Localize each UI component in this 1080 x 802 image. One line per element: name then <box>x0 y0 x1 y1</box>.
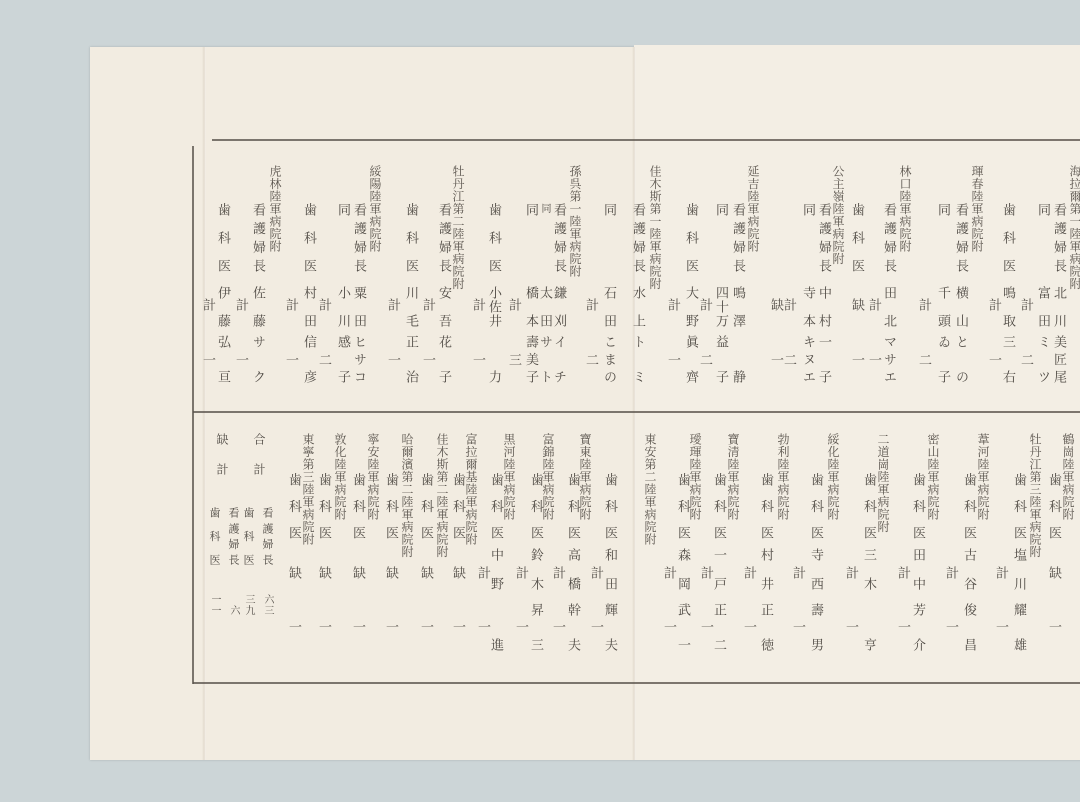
count-value: 一 <box>661 620 675 633</box>
surname: 水上 <box>630 286 644 327</box>
vacancy-value: 一 <box>316 620 330 633</box>
nurse-entry: 看護婦長 安吾 花子 <box>436 0 450 802</box>
count-label: 計 <box>790 566 804 579</box>
role-label: 歯科医 <box>675 473 689 539</box>
table-left-rule <box>192 146 194 684</box>
dentist-entry: 歯科医 一戸 正二 <box>711 0 725 802</box>
count-value: 一 <box>588 620 602 633</box>
dentist-count: 計 一 <box>661 0 675 802</box>
dentist-count: 計 一 <box>843 0 857 802</box>
dentist-entry: 歯科医 寺西 壽男 <box>808 0 822 802</box>
surname: 森岡 <box>675 548 689 590</box>
given-name: 花子 <box>436 335 450 383</box>
surname: 村井 <box>758 548 772 590</box>
count-label: 計 <box>513 566 527 579</box>
count-label: 計 <box>588 566 602 579</box>
dentist-entry: 歯科医 村井 正徳 <box>758 0 772 802</box>
given-name: 正治 <box>403 335 417 383</box>
hospital-title: 佳木斯第一陸軍病院附 <box>648 165 662 290</box>
role-label: 看護婦長 <box>630 203 644 272</box>
dentist-vacancy: 歯科医 缺 一 <box>383 0 397 802</box>
hospital-title: 富拉爾基陸軍病院附 <box>464 433 478 546</box>
count-value: 一 <box>698 620 712 633</box>
hospital-title: 牡丹江第三陸軍病院附 <box>1028 433 1042 558</box>
vacancy-total-dentist: 歯科医 一一 <box>208 0 220 802</box>
given-name: 信彦 <box>301 335 315 383</box>
vacancy-label: 缺 <box>418 566 432 579</box>
role-label: 歯科医 <box>403 203 417 272</box>
given-name: 俊昌 <box>961 603 975 651</box>
hospital-title: 佳木斯第二陸軍病院附 <box>435 433 449 558</box>
surname: 小川 <box>335 286 349 327</box>
count-value: 一 <box>843 620 857 633</box>
hospital-title: 東安第二陸軍病院附 <box>643 433 657 546</box>
count-value: 一 <box>895 620 909 633</box>
vacancy-label: 缺 <box>450 566 464 579</box>
dentist-entry: 歯科医 三木 亨 <box>861 0 875 802</box>
role-label: 歯科医 <box>602 473 616 539</box>
role-label: 歯科医 <box>528 473 542 539</box>
nurse-entry: 看護婦長 水上 トミ <box>630 0 644 802</box>
count-label: 計 <box>895 566 909 579</box>
hospital-title: 鶴崗陸軍病院附 <box>1061 433 1075 521</box>
given-name: 感子 <box>335 335 349 383</box>
role-label: 歯科医 <box>301 203 315 272</box>
hospital-title: 璦琿陸軍病院附 <box>688 433 702 521</box>
dentist-entry: 歯科医 森岡 武一 <box>675 0 689 802</box>
count-value: 一 <box>550 620 564 633</box>
vacancy-label: 缺 <box>316 566 330 579</box>
given-name: 正徳 <box>758 603 772 651</box>
role-label: 歯科医 <box>316 473 330 539</box>
given-name: 芳介 <box>910 603 924 651</box>
count-label: 計 <box>698 566 712 579</box>
dentist-entry: 歯科医 和田 輝夫 <box>602 0 616 802</box>
role-label: 歯科医 <box>350 473 364 539</box>
given-name: 壽男 <box>808 603 822 651</box>
hospital-title: 綏化陸軍病院附 <box>826 433 840 521</box>
role-label: 歯科医 <box>808 473 822 539</box>
role-label: 歯科医 <box>1011 473 1025 539</box>
role-label: 歯科医 <box>450 473 464 539</box>
vacancy-label: 缺 <box>286 566 300 579</box>
hospital-title: 寶清陸軍病院附 <box>726 433 740 521</box>
surname: 田中 <box>910 548 924 590</box>
vacancy-value: 一 <box>1046 620 1060 633</box>
dentist-count: 計 一 <box>588 0 602 802</box>
role-label: 歯科医 <box>961 473 975 539</box>
surname: 安吾 <box>436 286 450 327</box>
role-label: 歯科医 <box>711 473 725 539</box>
role-label: 歯科医 <box>242 507 254 565</box>
dentist-count: 計 一 <box>895 0 909 802</box>
given-name: 幹夫 <box>565 603 579 651</box>
dentist-count: 計 一 <box>698 0 712 802</box>
role-label: 歯科医 <box>208 507 220 565</box>
surname: 高橋 <box>565 548 579 590</box>
dentist-entry: 歯科医 高橋 幹夫 <box>565 0 579 802</box>
dentist-entry: 歯科医 塩川 耀雄 <box>1011 0 1025 802</box>
hospital-title: 海拉爾第一陸軍病院附 <box>1068 165 1080 290</box>
nurse-entry: 同 小川 感子 <box>335 0 349 802</box>
hospital-title: 密山陸軍病院附 <box>926 433 940 521</box>
role-label: 看護婦長 <box>436 203 450 272</box>
role-label: 看護婦長 <box>261 507 273 565</box>
given-name: 正二 <box>711 603 725 651</box>
count-value: 一 <box>790 620 804 633</box>
vacancy-value: 一 <box>286 620 300 633</box>
count-value: 一 <box>741 620 755 633</box>
hospital-title: 二道崗陸軍病院附 <box>876 433 890 533</box>
grand-total-nurse: 看護婦長 六三 <box>261 0 273 802</box>
role-label: 歯科医 <box>758 473 772 539</box>
given-name: 亨 <box>861 603 875 651</box>
count-value: 一 <box>993 620 1007 633</box>
surname: 古谷 <box>961 548 975 590</box>
dentist-count: 計 一 <box>550 0 564 802</box>
dentist-count: 計 一 <box>790 0 804 802</box>
hospital-title: 勃利陸軍病院附 <box>776 433 790 521</box>
surname: 鈴木 <box>528 548 542 590</box>
role-label: 歯科医 <box>418 473 432 539</box>
count-value: 一 <box>513 620 527 633</box>
count-label: 計 <box>943 566 957 579</box>
total-value: 六三 <box>261 594 273 616</box>
hospital-title: 寧安陸軍病院附 <box>366 433 380 521</box>
given-name: 輝夫 <box>602 603 616 651</box>
surname: 三木 <box>861 548 875 590</box>
vacancy-value: 一 <box>450 620 464 633</box>
count-label: 計 <box>550 566 564 579</box>
role-label: 歯科医 <box>383 473 397 539</box>
count-label: 計 <box>843 566 857 579</box>
dentist-count: 計 一 <box>943 0 957 802</box>
vacancy-total-nurse: 看護婦長 六 <box>227 0 239 802</box>
role-label: 同 <box>335 203 349 216</box>
vacancy-value: 一 <box>418 620 432 633</box>
vacancy-label: 缺 <box>383 566 397 579</box>
dentist-vacancy: 歯科医 缺 一 <box>450 0 464 802</box>
dentist-entry: 歯科医 古谷 俊昌 <box>961 0 975 802</box>
dentist-entry: 歯科医 村田 信彦 <box>301 0 315 802</box>
hospital-title: 葦河陸軍病院附 <box>976 433 990 521</box>
given-name: トミ <box>630 335 644 383</box>
given-name: 昇三 <box>528 603 542 651</box>
role-label: 歯科医 <box>286 473 300 539</box>
given-name: 武一 <box>675 603 689 651</box>
vacancy-label: 缺 <box>350 566 364 579</box>
dentist-vacancy: 歯科医 缺 一 <box>418 0 432 802</box>
surname: 川毛 <box>403 286 417 327</box>
count-label: 計 <box>661 566 675 579</box>
given-name: 進 <box>488 603 502 651</box>
vacancy-value: 一 <box>350 620 364 633</box>
role-label: 看護婦長 <box>881 203 895 272</box>
total-value: 六 <box>227 605 239 615</box>
dentist-entry: 歯科医 田中 芳介 <box>910 0 924 802</box>
grand-total-dentist: 歯科医 三九 <box>242 0 254 802</box>
surname: 和田 <box>602 548 616 590</box>
dentist-count: 計 一 <box>475 0 489 802</box>
dentist-vacancy: 歯科医 缺 一 <box>350 0 364 802</box>
hospital-title: 敦化陸軍病院附 <box>333 433 347 521</box>
hospital-title: 黒河陸軍病院附 <box>502 433 516 521</box>
role-label: 看護婦長 <box>227 507 239 565</box>
total-value: 三九 <box>242 594 254 616</box>
surname: 寺西 <box>808 548 822 590</box>
role-label: 歯科医 <box>910 473 924 539</box>
dentist-count: 計 一 <box>741 0 755 802</box>
dentist-count: 計 一 <box>993 0 1007 802</box>
given-name: マサエ <box>881 335 895 383</box>
dentist-count: 計 一 <box>513 0 527 802</box>
count-value: 一 <box>475 620 489 633</box>
surname: 一戸 <box>711 548 725 590</box>
count-label: 計 <box>475 566 489 579</box>
dentist-vacancy: 歯科医 缺 一 <box>1046 0 1060 802</box>
dentist-vacancy: 歯科医 缺 一 <box>286 0 300 802</box>
hospital-title: 哈爾濱第二陸軍病院附 <box>400 433 414 558</box>
dentist-entry: 歯科医 中野 進 <box>488 0 502 802</box>
surname: 田北 <box>881 286 895 327</box>
dentist-entry: 歯科医 川毛 正治 <box>403 0 417 802</box>
surname: 中野 <box>488 548 502 590</box>
count-label: 計 <box>741 566 755 579</box>
role-label: 歯科医 <box>565 473 579 539</box>
total-value: 一一 <box>208 594 220 616</box>
hospital-title: 寶東陸軍病院附 <box>578 433 592 521</box>
hospital-title: 富錦陸軍病院附 <box>541 433 555 521</box>
role-label: 歯科医 <box>488 473 502 539</box>
given-name: 耀雄 <box>1011 603 1025 651</box>
role-label: 歯科医 <box>1046 473 1060 539</box>
vacancy-value: 一 <box>383 620 397 633</box>
dentist-entry: 歯科医 鈴木 昇三 <box>528 0 542 802</box>
surname: 村田 <box>301 286 315 327</box>
dentist-vacancy: 歯科医 缺 一 <box>316 0 330 802</box>
hospital-title: 東寧第三陸軍病院附 <box>301 433 315 546</box>
role-label: 歯科医 <box>861 473 875 539</box>
nurse-entry: 看護婦長 田北 マサエ <box>881 0 895 802</box>
count-value: 一 <box>943 620 957 633</box>
hospital-title: 綏陽陸軍病院附 <box>368 165 382 253</box>
surname: 塩川 <box>1011 548 1025 590</box>
count-label: 計 <box>993 566 1007 579</box>
vacancy-label: 缺 <box>1046 566 1060 579</box>
